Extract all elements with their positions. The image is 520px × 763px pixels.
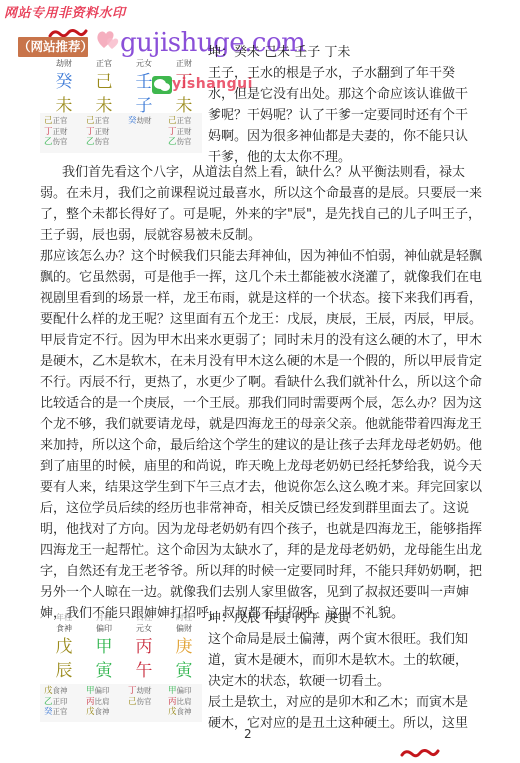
- hidden-god: 偏印: [95, 686, 110, 695]
- hidden-stems-month: 甲偏印 丙比肩 戊食神: [86, 686, 134, 718]
- hidden-god: 正财: [53, 127, 68, 136]
- side-paragraph-line: 决定木的状态，软硬一切看土。: [208, 671, 390, 692]
- pillar-label: 时柱: [160, 612, 208, 623]
- hidden-god: 正财: [95, 127, 110, 136]
- body-line: 了，整个未都长得好了。可是呢，外来的字"辰"，是先找自己的儿子叫王子，: [40, 204, 480, 225]
- body-line: 不行。丙辰不行，更热了，水更少了啊。看缺什么我们就补什么，所以这个命: [40, 372, 480, 393]
- hidden-stem: 戊: [168, 707, 177, 717]
- body-line: 另外一个人晾在一边。就像我们去别人家里做客，见到了叔叔还要叫一声婶: [40, 582, 480, 603]
- hidden-god: 劫财: [137, 686, 152, 695]
- body-line: 来加持，所以这个命，最后给这个学生的建议的是让孩子去拜龙母老奶奶。他: [40, 435, 480, 456]
- body-line: 字，自然还有龙王老爷爷。所以拜的时候一定要同时拜，不能只拜奶奶啊，把: [40, 561, 480, 582]
- hidden-stem: 己: [168, 116, 177, 126]
- hidden-stem: 己: [86, 116, 95, 126]
- body-line: 王子弱，辰也弱，辰就容易被未反制。: [40, 225, 480, 246]
- body-paragraph: 我们首先看这个八字，从道法自然上看，缺什么？从平衡法则看，禄太 弱。在未月，我们…: [40, 162, 480, 624]
- hidden-stems-month: 己正官 丁正财 乙伤官: [86, 116, 134, 148]
- hidden-god: 比肩: [95, 697, 110, 706]
- body-line: 比较适合的是一个庚辰，一个王辰。那我们同时需要两个辰，怎么办？因为这: [40, 393, 480, 414]
- body-line: 个龙不够，我们就要请龙母，就是四海龙王的母亲父亲。他就能带着四海龙王: [40, 414, 480, 435]
- body-line: 是硬木，乙木是软木，在未月没有甲木这么硬的木是一个假的，所以甲辰肯定: [40, 351, 480, 372]
- hidden-stem: 乙: [44, 137, 53, 147]
- body-line: 飘的。它虽然弱，可是他手一挥，这几个未土都能被水浇灌了，就像我们在电: [40, 267, 480, 288]
- side-paragraph-line: 爹呢？干妈呢？认了干爹一定要同时还有个干: [208, 105, 468, 126]
- heavenly-stem: 庚: [160, 635, 208, 659]
- hidden-stem: 丁: [44, 127, 53, 137]
- hidden-god: 正官: [53, 707, 68, 716]
- hidden-stem: 癸: [44, 707, 53, 717]
- hidden-stems-year: 戊食神 乙正印 癸正官: [44, 686, 92, 718]
- hidden-god: 伤官: [137, 697, 152, 706]
- hidden-god: 正官: [95, 116, 110, 125]
- hidden-stem: 己: [128, 697, 137, 707]
- hidden-stem: 戊: [44, 686, 53, 696]
- side-paragraph-line: 道，寅木是硬木，而卯木是软木。土的软硬，: [208, 650, 468, 671]
- hidden-god: 比肩: [177, 697, 192, 706]
- body-line: 那应该怎么办？这个时候我们只能去拜神仙，因为神仙不怕弱，神仙就是轻飘: [40, 246, 480, 267]
- bazi-chart-1: 劫财 癸 未 正官 己 未 元女 壬 子 正财 丁 未 己正官 丁正财 乙伤官 …: [40, 58, 202, 154]
- hidden-stem: 甲: [86, 686, 95, 696]
- hidden-god: 食神: [95, 707, 110, 716]
- body-line: 甲辰肯定不行。因为甲木出来水更弱了；同时未月的没有这么硬的木了，甲木: [40, 330, 480, 351]
- side-paragraph-line: 水，但是它没有出处。那这个命应该认谁做干: [208, 84, 468, 105]
- body-line: 视剧里看到的场景一样，龙王布雨，就是这样的一个状态。接下来我们再看，: [40, 288, 480, 309]
- recommend-badge: （网站推荐）: [18, 37, 88, 57]
- body-line: 要有人来，结果这学生到下午三点才去，他说你怎么这么晚才来。拜完回家以: [40, 477, 480, 498]
- hidden-stem: 丁: [86, 127, 95, 137]
- hidden-stem: 丁: [128, 686, 137, 696]
- hidden-stem: 甲: [168, 686, 177, 696]
- chart2-title: 坤：戊辰 甲寅 丙午 庚寅: [208, 608, 350, 629]
- ten-god: 正财: [160, 58, 208, 70]
- page-number: 2: [244, 727, 252, 741]
- hidden-god: 正官: [53, 116, 68, 125]
- body-line: 我们首先看这个八字，从道法自然上看，缺什么？从平衡法则看，禄太: [40, 162, 480, 183]
- hidden-god: 伤官: [53, 137, 68, 146]
- cloud-ornament-icon: [400, 747, 440, 759]
- hidden-god: 正官: [177, 116, 192, 125]
- hidden-god: 食神: [177, 707, 192, 716]
- hearts-icon: [96, 28, 120, 50]
- hidden-stem: 丙: [168, 697, 177, 707]
- hidden-stem: 乙: [44, 697, 53, 707]
- body-line: 明，他找对了方向。因为龙母老奶奶有四个孩子，也就是四海龙王，能够指挥: [40, 519, 480, 540]
- side-paragraph-line: 辰土是软土，对应的是卯木和乙木；而寅木是: [208, 692, 468, 713]
- hidden-stems-year: 己正官 丁正财 乙伤官: [44, 116, 92, 148]
- hidden-stem: 乙: [168, 137, 177, 147]
- chart1-title: 坤：癸未 己未 壬子 丁未: [208, 42, 350, 63]
- body-line: 后，这位学员后续的经历也非常神奇，相关反馈已经发到群里面去了。这说: [40, 498, 480, 519]
- earthly-branch: 未: [160, 94, 208, 118]
- ten-god: 偏财: [160, 623, 208, 635]
- hidden-god: 食神: [53, 686, 68, 695]
- hidden-stem: 癸: [128, 116, 137, 126]
- hidden-god: 正印: [53, 697, 68, 706]
- wechat-icon: [152, 76, 172, 94]
- body-line: 到了庙里的时候，庙里的和尚说，昨天晚上龙母老奶奶已经托梦给我，说今天: [40, 456, 480, 477]
- watermark-text: 网站专用非资料水印: [4, 2, 126, 21]
- body-line: 四海龙王一起帮忙。这个命因为太缺水了，拜的是龙母老奶奶，龙母能生出龙: [40, 540, 480, 561]
- pillar-hour: 时柱 偏财 庚 寅: [160, 612, 208, 683]
- earthly-branch: 寅: [160, 659, 208, 683]
- side-paragraph-line: 这个命局是辰土偏薄，两个寅木很旺。我们知: [208, 629, 468, 650]
- hidden-stem: 丙: [86, 697, 95, 707]
- hidden-stem: 戊: [86, 707, 95, 717]
- hidden-god: 伤官: [95, 137, 110, 146]
- side-paragraph-line: 妈啊。因为很多神仙都是夫妻的，你不能只认: [208, 126, 468, 147]
- bazi-chart-2: 年柱 食神 戊 辰 月柱 偏印 甲 寅 日柱 元女 丙 午 时柱 偏财 庚 寅 …: [40, 612, 202, 722]
- hidden-stem: 己: [44, 116, 53, 126]
- side-paragraph-line: 王子，王水的根是子水，子水翻到了年干癸: [208, 63, 455, 84]
- hidden-god: 伤官: [177, 137, 192, 146]
- body-line: 弱。在未月，我们之前课程说过最喜水，所以这个命最喜的是辰。只要辰一来: [40, 183, 480, 204]
- hidden-god: 正财: [177, 127, 192, 136]
- body-line: 要配什么样的龙王呢？这里面有五个龙王：戊辰，庚辰，王辰，丙辰，甲辰。: [40, 309, 480, 330]
- hidden-god: 偏印: [177, 686, 192, 695]
- hidden-stem: 乙: [86, 137, 95, 147]
- hidden-god: 劫财: [137, 116, 152, 125]
- hidden-stem: 丁: [168, 127, 177, 137]
